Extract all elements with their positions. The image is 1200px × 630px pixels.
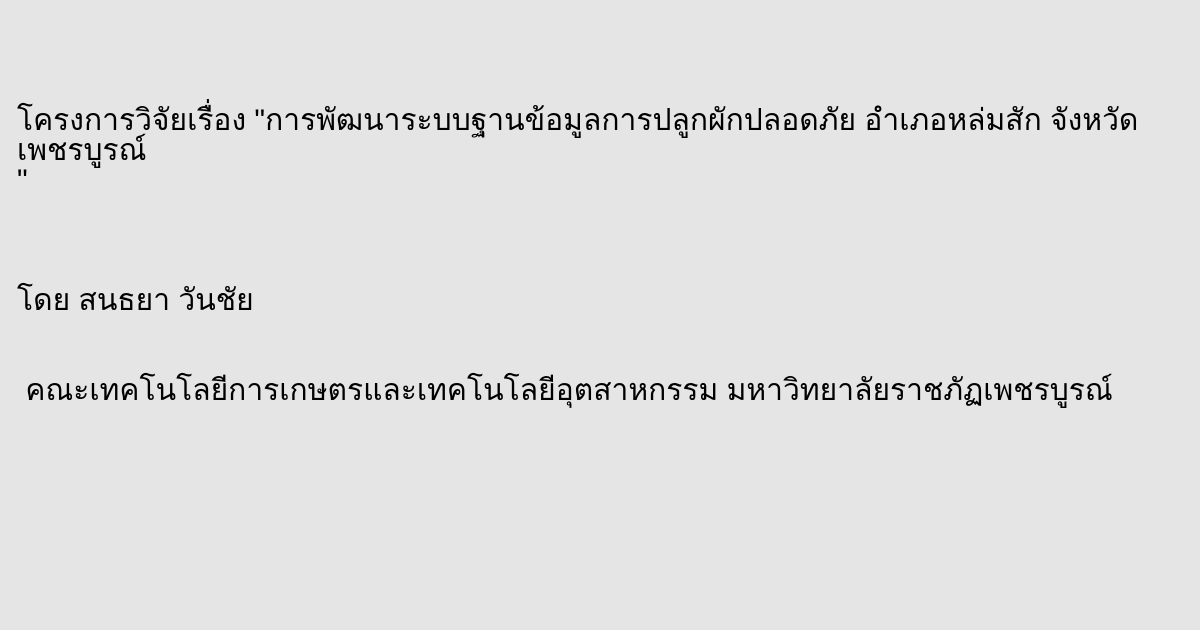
project-title: โครงการวิจัยเรื่อง "การพัฒนาระบบฐานข้อมู… [17, 106, 1187, 196]
author-byline: โดย สนธยา วันชัย [17, 286, 1187, 316]
text-block: โครงการวิจัยเรื่อง "การพัฒนาระบบฐานข้อมู… [17, 46, 1187, 466]
page-background: โครงการวิจัยเรื่อง "การพัฒนาระบบฐานข้อมู… [0, 0, 1200, 630]
faculty-affiliation: คณะเทคโนโลยีการเกษตรและเทคโนโลยีอุตสาหกร… [17, 376, 1187, 406]
